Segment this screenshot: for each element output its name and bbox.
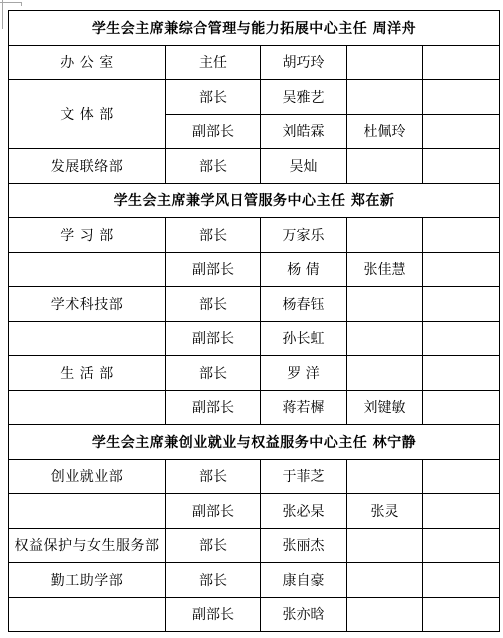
name-cell: [347, 459, 423, 494]
name-cell: [347, 45, 423, 80]
name-cell: 杨春钰: [261, 287, 347, 322]
dept-cell: 勤工助学部: [9, 563, 166, 598]
name-cell: [347, 287, 423, 322]
table-row: 办 公 室 主任 胡巧玲: [9, 45, 500, 80]
dept-cell: [9, 321, 166, 356]
name-cell: 张灵: [347, 494, 423, 529]
dept-cell: 发展联络部: [9, 149, 166, 184]
role-cell: 部长: [166, 356, 261, 391]
table-row: 勤工助学部 部长 康自豪: [9, 563, 500, 598]
section-header: 学生会主席兼综合管理与能力拓展中心主任 周洋舟: [9, 11, 500, 46]
name-cell: 张必杲: [261, 494, 347, 529]
name-cell: [347, 356, 423, 391]
name-cell: [347, 597, 423, 632]
empty-cell: [423, 80, 500, 115]
name-cell: 吴雅艺: [261, 80, 347, 115]
role-cell: 部长: [166, 287, 261, 322]
dept-cell: 生 活 部: [9, 356, 166, 391]
name-cell: 于菲芝: [261, 459, 347, 494]
dept-cell: 文 体 部: [9, 80, 166, 149]
name-cell: 吴灿: [261, 149, 347, 184]
table-row: 学术科技部 部长 杨春钰: [9, 287, 500, 322]
dept-cell: [9, 597, 166, 632]
name-cell: 万家乐: [261, 218, 347, 253]
name-cell: 张佳慧: [347, 252, 423, 287]
page-corner-artifact-vertical: [2, 0, 3, 29]
empty-cell: [423, 563, 500, 598]
name-cell: [347, 528, 423, 563]
name-cell: [347, 218, 423, 253]
role-cell: 主任: [166, 45, 261, 80]
role-cell: 副部长: [166, 321, 261, 356]
role-cell: 副部长: [166, 494, 261, 529]
role-cell: 部长: [166, 80, 261, 115]
name-cell: 刘键敏: [347, 390, 423, 425]
table-row: 副部长 张必杲 张灵: [9, 494, 500, 529]
role-cell: 副部长: [166, 252, 261, 287]
table-row: 创业就业部 部长 于菲芝: [9, 459, 500, 494]
name-cell: 杨 倩: [261, 252, 347, 287]
empty-cell: [423, 321, 500, 356]
empty-cell: [423, 287, 500, 322]
page-corner-artifact-horizontal: [0, 2, 22, 3]
role-cell: 部长: [166, 459, 261, 494]
name-cell: 刘皓霖: [261, 114, 347, 149]
table-row: 学生会主席兼综合管理与能力拓展中心主任 周洋舟: [9, 11, 500, 46]
name-cell: 蒋若樨: [261, 390, 347, 425]
name-cell: 杜佩玲: [347, 114, 423, 149]
name-cell: [347, 80, 423, 115]
name-cell: 康自豪: [261, 563, 347, 598]
table-row: 副部长 杨 倩 张佳慧: [9, 252, 500, 287]
table-row: 副部长 孙长虹: [9, 321, 500, 356]
name-cell: 罗 洋: [261, 356, 347, 391]
empty-cell: [423, 390, 500, 425]
name-cell: 张亦晗: [261, 597, 347, 632]
empty-cell: [423, 356, 500, 391]
name-cell: 张丽杰: [261, 528, 347, 563]
role-cell: 副部长: [166, 114, 261, 149]
empty-cell: [423, 45, 500, 80]
empty-cell: [423, 149, 500, 184]
dept-cell: [9, 494, 166, 529]
table-row: 学生会主席兼学风日管服务中心主任 郑在新: [9, 183, 500, 218]
table-row: 副部长 张亦晗: [9, 597, 500, 632]
section-header: 学生会主席兼创业就业与权益服务中心主任 林宁静: [9, 425, 500, 460]
role-cell: 部长: [166, 149, 261, 184]
empty-cell: [423, 459, 500, 494]
dept-cell: [9, 390, 166, 425]
table-row: 副部长 蒋若樨 刘键敏: [9, 390, 500, 425]
table-row: 生 活 部 部长 罗 洋: [9, 356, 500, 391]
dept-cell: 学术科技部: [9, 287, 166, 322]
dept-cell: 创业就业部: [9, 459, 166, 494]
name-cell: [347, 149, 423, 184]
name-cell: 胡巧玲: [261, 45, 347, 80]
roster-table: 学生会主席兼综合管理与能力拓展中心主任 周洋舟 办 公 室 主任 胡巧玲 文 体…: [8, 10, 500, 632]
table-row: 权益保护与女生服务部 部长 张丽杰: [9, 528, 500, 563]
table-row: 学 习 部 部长 万家乐: [9, 218, 500, 253]
section-header: 学生会主席兼学风日管服务中心主任 郑在新: [9, 183, 500, 218]
empty-cell: [423, 114, 500, 149]
empty-cell: [423, 528, 500, 563]
dept-cell: 办 公 室: [9, 45, 166, 80]
role-cell: 副部长: [166, 390, 261, 425]
document-page: 学生会主席兼综合管理与能力拓展中心主任 周洋舟 办 公 室 主任 胡巧玲 文 体…: [0, 0, 503, 638]
empty-cell: [423, 252, 500, 287]
empty-cell: [423, 218, 500, 253]
table-row: 文 体 部 部长 吴雅艺: [9, 80, 500, 115]
role-cell: 部长: [166, 528, 261, 563]
role-cell: 部长: [166, 563, 261, 598]
empty-cell: [423, 494, 500, 529]
name-cell: 孙长虹: [261, 321, 347, 356]
table-row: 发展联络部 部长 吴灿: [9, 149, 500, 184]
dept-cell: 权益保护与女生服务部: [9, 528, 166, 563]
name-cell: [347, 563, 423, 598]
table-row: 学生会主席兼创业就业与权益服务中心主任 林宁静: [9, 425, 500, 460]
dept-cell: [9, 252, 166, 287]
empty-cell: [423, 597, 500, 632]
role-cell: 副部长: [166, 597, 261, 632]
name-cell: [347, 321, 423, 356]
dept-cell: 学 习 部: [9, 218, 166, 253]
role-cell: 部长: [166, 218, 261, 253]
